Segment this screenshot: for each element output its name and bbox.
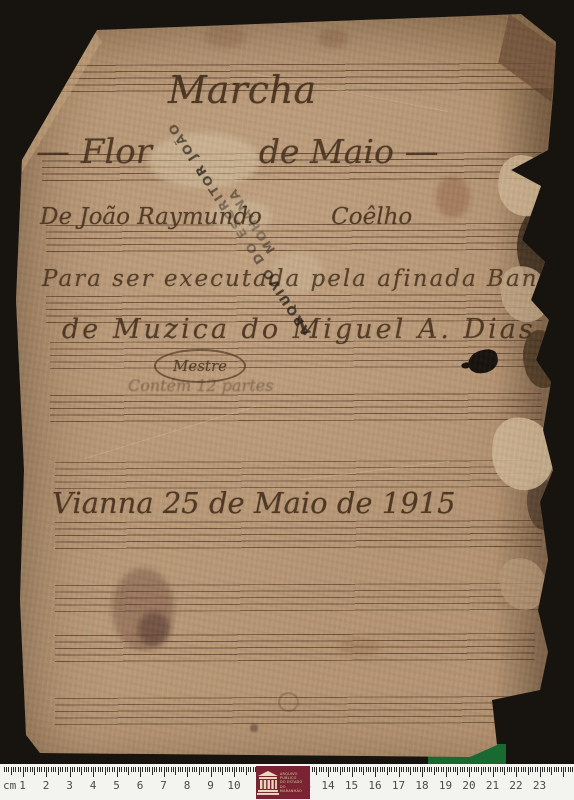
ruler-tick bbox=[79, 767, 80, 772]
ruler-tick bbox=[194, 767, 195, 772]
ruler-tick bbox=[453, 767, 454, 772]
ruler-tick bbox=[15, 767, 16, 772]
ruler-tick bbox=[368, 767, 369, 772]
ruler-tick bbox=[377, 767, 378, 772]
staff-group bbox=[55, 520, 542, 549]
ruler-number: 10 bbox=[227, 779, 240, 792]
ruler-tick bbox=[100, 767, 101, 772]
ruler-tick bbox=[39, 767, 40, 772]
ruler-tick bbox=[558, 767, 559, 772]
ruler-tick bbox=[342, 767, 343, 772]
ruler-tick bbox=[316, 767, 317, 775]
ruler-number: 5 bbox=[113, 779, 120, 792]
ruler-tick bbox=[70, 767, 71, 777]
ink-stain bbox=[138, 612, 170, 646]
ruler-tick bbox=[55, 767, 56, 772]
ruler-tick bbox=[422, 767, 423, 777]
ruler-tick bbox=[203, 767, 204, 772]
ruler-tick bbox=[60, 767, 61, 772]
ruler-tick bbox=[72, 767, 73, 772]
ruler-tick bbox=[462, 767, 463, 772]
ruler-tick bbox=[133, 767, 134, 772]
ruler-tick bbox=[215, 767, 216, 772]
ruler-tick bbox=[391, 767, 392, 772]
ruler-tick bbox=[561, 767, 562, 772]
ruler-tick bbox=[429, 767, 430, 772]
ruler-tick bbox=[471, 767, 472, 772]
ruler-tick bbox=[535, 767, 536, 772]
ruler-tick bbox=[495, 767, 496, 772]
ruler-tick bbox=[572, 767, 573, 772]
ruler-tick bbox=[236, 767, 237, 772]
ruler-number: 19 bbox=[439, 779, 452, 792]
ruler-tick bbox=[95, 767, 96, 772]
ruler-tick bbox=[23, 767, 24, 777]
ruler-tick bbox=[509, 767, 510, 772]
ruler-tick bbox=[126, 767, 127, 772]
ruler-tick bbox=[53, 767, 54, 772]
ruler-tick bbox=[67, 767, 68, 772]
ruler-tick bbox=[556, 767, 557, 772]
ruler-tick bbox=[192, 767, 193, 772]
ruler-tick bbox=[65, 767, 66, 772]
title-dash-right: — bbox=[405, 132, 439, 172]
dirt-stain bbox=[204, 24, 246, 48]
ruler-tick bbox=[485, 767, 486, 772]
ruler-tick bbox=[373, 767, 374, 772]
ruler-unit-label: cm bbox=[3, 779, 16, 792]
ruler-tick bbox=[142, 767, 143, 772]
ruler-tick bbox=[563, 767, 564, 777]
ruler-tick bbox=[98, 767, 99, 772]
composer-surname: Coêlho bbox=[331, 204, 412, 230]
ruler-tick bbox=[27, 767, 28, 772]
ruler-tick bbox=[549, 767, 550, 772]
ruler-tick bbox=[528, 767, 529, 775]
ruler-tick bbox=[521, 767, 522, 772]
ruler-tick bbox=[187, 767, 188, 777]
ruler-tick bbox=[394, 767, 395, 772]
ruler-tick bbox=[32, 767, 33, 772]
ruler-tick bbox=[502, 767, 503, 772]
ruler-tick bbox=[497, 767, 498, 772]
ruler-number: 15 bbox=[345, 779, 358, 792]
ruler-tick bbox=[326, 767, 327, 772]
ruler-tick bbox=[81, 767, 82, 775]
ruler-number: 7 bbox=[160, 779, 167, 792]
ruler-tick bbox=[530, 767, 531, 772]
ruler-tick bbox=[340, 767, 341, 775]
ruler-tick bbox=[396, 767, 397, 772]
ruler-tick bbox=[6, 767, 7, 772]
ruler-tick bbox=[77, 767, 78, 772]
ruler-tick bbox=[424, 767, 425, 772]
ruler-tick bbox=[213, 767, 214, 772]
ruler-tick bbox=[241, 767, 242, 772]
ruler-tick bbox=[323, 767, 324, 772]
ruler-tick bbox=[417, 767, 418, 772]
ruler-tick bbox=[58, 767, 59, 775]
ruler-tick bbox=[208, 767, 209, 772]
ruler-tick bbox=[246, 767, 247, 775]
ruler-tick bbox=[382, 767, 383, 772]
ruler-tick bbox=[359, 767, 360, 772]
ruler-tick bbox=[483, 767, 484, 772]
ruler-tick bbox=[152, 767, 153, 775]
ruler-tick bbox=[48, 767, 49, 772]
ruler-tick bbox=[457, 767, 458, 775]
ruler-tick bbox=[476, 767, 477, 772]
ruler-tick bbox=[119, 767, 120, 772]
ruler-tick bbox=[156, 767, 157, 772]
ruler-number: 4 bbox=[90, 779, 97, 792]
ruler-tick bbox=[356, 767, 357, 772]
ruler-tick bbox=[568, 767, 569, 772]
ruler-tick bbox=[330, 767, 331, 772]
ruler-tick bbox=[500, 767, 501, 772]
ruler-tick bbox=[20, 767, 21, 772]
ruler-tick bbox=[443, 767, 444, 772]
ruler-tick bbox=[25, 767, 26, 772]
ruler-tick bbox=[102, 767, 103, 772]
ruler-tick bbox=[321, 767, 322, 772]
ruler-tick bbox=[537, 767, 538, 772]
ruler-tick bbox=[460, 767, 461, 772]
ruler-tick bbox=[91, 767, 92, 772]
ruler-tick bbox=[206, 767, 207, 772]
ruler-tick bbox=[504, 767, 505, 775]
ruler-tick bbox=[175, 767, 176, 775]
ruler-tick bbox=[159, 767, 160, 772]
ruler-tick bbox=[225, 767, 226, 772]
ruler-number: 9 bbox=[207, 779, 214, 792]
ruler-tick bbox=[401, 767, 402, 772]
ring-stain bbox=[278, 692, 299, 712]
ruler-tick bbox=[124, 767, 125, 772]
ruler-tick bbox=[540, 767, 541, 777]
ruler-tick bbox=[523, 767, 524, 772]
ruler-tick bbox=[403, 767, 404, 772]
ruler-tick bbox=[312, 767, 313, 772]
ruler-tick bbox=[481, 767, 482, 775]
ruler-tick bbox=[337, 767, 338, 772]
ruler-tick bbox=[474, 767, 475, 772]
ruler-tick bbox=[516, 767, 517, 777]
ruler-tick bbox=[34, 767, 35, 775]
dirt-stain bbox=[318, 28, 348, 48]
ruler-tick bbox=[227, 767, 228, 772]
mestre-label: Mestre bbox=[173, 357, 227, 375]
ruler-tick bbox=[335, 767, 336, 772]
ruler-tick bbox=[349, 767, 350, 772]
ruler-tick bbox=[105, 767, 106, 775]
logo-line: DO MARANHÃO bbox=[280, 785, 309, 793]
ruler-tick bbox=[250, 767, 251, 772]
ruler-tick bbox=[185, 767, 186, 772]
ruler-tick bbox=[8, 767, 9, 772]
ruler-number: 14 bbox=[321, 779, 334, 792]
ruler-number: 8 bbox=[184, 779, 191, 792]
genre-title: Marcha bbox=[168, 68, 316, 112]
ruler-tick bbox=[511, 767, 512, 772]
ruler-number: 1 bbox=[19, 779, 26, 792]
ruler-tick bbox=[464, 767, 465, 772]
ruler-tick bbox=[389, 767, 390, 772]
ruler-tick bbox=[406, 767, 407, 772]
ruler-tick bbox=[121, 767, 122, 772]
building-icon bbox=[257, 770, 279, 796]
ruler-tick bbox=[145, 767, 146, 772]
ruler-tick bbox=[544, 767, 545, 772]
ruler-tick bbox=[107, 767, 108, 772]
ruler-tick bbox=[30, 767, 31, 772]
ruler-tick bbox=[11, 767, 12, 775]
ruler-tick bbox=[363, 767, 364, 775]
ruler-number: 22 bbox=[509, 779, 522, 792]
dirt-speck bbox=[250, 724, 258, 732]
ruler-tick bbox=[455, 767, 456, 772]
ruler-tick bbox=[117, 767, 118, 777]
ruler-tick bbox=[180, 767, 181, 772]
dirt-stain bbox=[338, 638, 380, 656]
ruler-tick bbox=[114, 767, 115, 772]
work-title: — Flor de Maio — bbox=[36, 132, 439, 172]
ruler-tick bbox=[408, 767, 409, 772]
ruler-tick bbox=[469, 767, 470, 777]
ruler-tick bbox=[554, 767, 555, 772]
title-dash-left: — bbox=[36, 132, 70, 172]
ruler-tick bbox=[370, 767, 371, 772]
ruler-tick bbox=[166, 767, 167, 772]
ruler-tick bbox=[131, 767, 132, 772]
ruler-tick bbox=[490, 767, 491, 772]
ruler-tick bbox=[427, 767, 428, 772]
place-date-line: Vianna 25 de Maio de 1915 bbox=[52, 486, 456, 520]
ruler-tick bbox=[154, 767, 155, 772]
ruler-tick bbox=[74, 767, 75, 772]
ruler-tick bbox=[4, 767, 5, 772]
ruler-tick bbox=[62, 767, 63, 772]
ruler-tick bbox=[201, 767, 202, 772]
ruler-tick bbox=[352, 767, 353, 777]
ruler-number: 2 bbox=[43, 779, 50, 792]
ruler-tick bbox=[507, 767, 508, 772]
ruler-tick bbox=[434, 767, 435, 775]
ruler-tick bbox=[361, 767, 362, 772]
ruler-tick bbox=[570, 767, 571, 772]
ruler-tick bbox=[565, 767, 566, 772]
ruler-tick bbox=[161, 767, 162, 772]
ruler-tick bbox=[384, 767, 385, 772]
ruler-tick bbox=[438, 767, 439, 772]
ruler-tick bbox=[380, 767, 381, 772]
ruler-tick bbox=[109, 767, 110, 772]
ruler-tick bbox=[51, 767, 52, 772]
ruler-tick bbox=[441, 767, 442, 772]
ruler-tick bbox=[149, 767, 150, 772]
ruler-tick bbox=[314, 767, 315, 772]
ruler-tick bbox=[436, 767, 437, 772]
ruler-tick bbox=[518, 767, 519, 772]
ruler-tick bbox=[84, 767, 85, 772]
ruler-tick bbox=[375, 767, 376, 777]
ruler-number: 20 bbox=[462, 779, 475, 792]
ruler-number: 16 bbox=[368, 779, 381, 792]
ruler-tick bbox=[248, 767, 249, 772]
ruler-tick bbox=[333, 767, 334, 772]
archive-logo: ARQUIVO PÚBLICO DO ESTADO DO MARANHÃO bbox=[256, 766, 310, 799]
ruler-tick bbox=[387, 767, 388, 775]
ruler-tick bbox=[413, 767, 414, 772]
ruler-tick bbox=[135, 767, 136, 772]
ruler-tick bbox=[493, 767, 494, 777]
ruler-tick bbox=[173, 767, 174, 772]
ruler-number: 3 bbox=[66, 779, 73, 792]
ruler-number: 21 bbox=[486, 779, 499, 792]
ruler-tick bbox=[88, 767, 89, 772]
title-word-de-maio: de Maio bbox=[259, 132, 394, 171]
ruler-tick bbox=[182, 767, 183, 772]
ruler-number: 6 bbox=[137, 779, 144, 792]
ruler-tick bbox=[232, 767, 233, 772]
scan-ruler: cm 123456789101314151617181920212223 ARQ… bbox=[0, 764, 574, 800]
ruler-tick bbox=[128, 767, 129, 775]
staff-group bbox=[50, 393, 542, 422]
ruler-tick bbox=[410, 767, 411, 775]
ruler-tick bbox=[164, 767, 165, 777]
ruler-tick bbox=[18, 767, 19, 772]
ruler-tick bbox=[199, 767, 200, 775]
ruler-number: 17 bbox=[392, 779, 405, 792]
ruler-tick bbox=[547, 767, 548, 772]
ruler-tick bbox=[229, 767, 230, 772]
ruler-tick bbox=[168, 767, 169, 772]
archive-logo-text: ARQUIVO PÚBLICO DO ESTADO DO MARANHÃO bbox=[280, 772, 309, 793]
ruler-tick bbox=[253, 767, 254, 772]
ruler-tick bbox=[551, 767, 552, 775]
ruler-tick bbox=[140, 767, 141, 777]
ruler-tick bbox=[366, 767, 367, 772]
ruler-tick bbox=[344, 767, 345, 772]
ruler-tick bbox=[46, 767, 47, 777]
faded-note: Contém 12 partes bbox=[128, 376, 273, 395]
scanned-manuscript-page: Marcha — Flor de Maio — De João Raymundo… bbox=[0, 0, 574, 800]
ruler-tick bbox=[178, 767, 179, 772]
ruler-tick bbox=[542, 767, 543, 772]
ink-stain bbox=[436, 176, 470, 218]
ruler-tick bbox=[319, 767, 320, 772]
ruler-tick bbox=[147, 767, 148, 772]
dedication-line: Para ser executada pela afinada Banda bbox=[42, 266, 571, 292]
ruler-tick bbox=[532, 767, 533, 772]
ruler-tick bbox=[347, 767, 348, 772]
ruler-tick bbox=[189, 767, 190, 772]
ruler-tick bbox=[450, 767, 451, 772]
ruler-tick bbox=[478, 767, 479, 772]
ruler-tick bbox=[211, 767, 212, 777]
ruler-tick bbox=[44, 767, 45, 772]
ruler-tick bbox=[13, 767, 14, 772]
ruler-tick bbox=[448, 767, 449, 772]
ruler-tick bbox=[222, 767, 223, 775]
ruler-tick bbox=[354, 767, 355, 772]
ruler-tick bbox=[446, 767, 447, 777]
ruler-tick bbox=[488, 767, 489, 772]
ruler-tick bbox=[399, 767, 400, 777]
ruler-number: 23 bbox=[533, 779, 546, 792]
ruler-tick bbox=[41, 767, 42, 772]
manuscript-paper: Marcha — Flor de Maio — De João Raymundo… bbox=[0, 0, 574, 800]
ruler-tick bbox=[112, 767, 113, 772]
ruler-tick bbox=[196, 767, 197, 772]
title-word-flor: Flor bbox=[81, 132, 152, 172]
ruler-tick bbox=[328, 767, 329, 777]
ruler-tick bbox=[138, 767, 139, 772]
ruler-tick bbox=[37, 767, 38, 772]
ruler-number: 18 bbox=[415, 779, 428, 792]
ruler-tick bbox=[431, 767, 432, 772]
ruler-tick bbox=[171, 767, 172, 772]
ruler-tick bbox=[514, 767, 515, 772]
ruler-tick bbox=[93, 767, 94, 777]
ruler-tick bbox=[234, 767, 235, 777]
staff-group bbox=[55, 460, 542, 489]
ruler-tick bbox=[525, 767, 526, 772]
ruler-tick bbox=[86, 767, 87, 772]
ruler-tick bbox=[467, 767, 468, 772]
ruler-tick bbox=[420, 767, 421, 772]
ruler-tick bbox=[239, 767, 240, 772]
ruler-tick bbox=[243, 767, 244, 772]
ruler-tick bbox=[218, 767, 219, 772]
ruler-tick bbox=[415, 767, 416, 772]
ruler-tick bbox=[220, 767, 221, 772]
